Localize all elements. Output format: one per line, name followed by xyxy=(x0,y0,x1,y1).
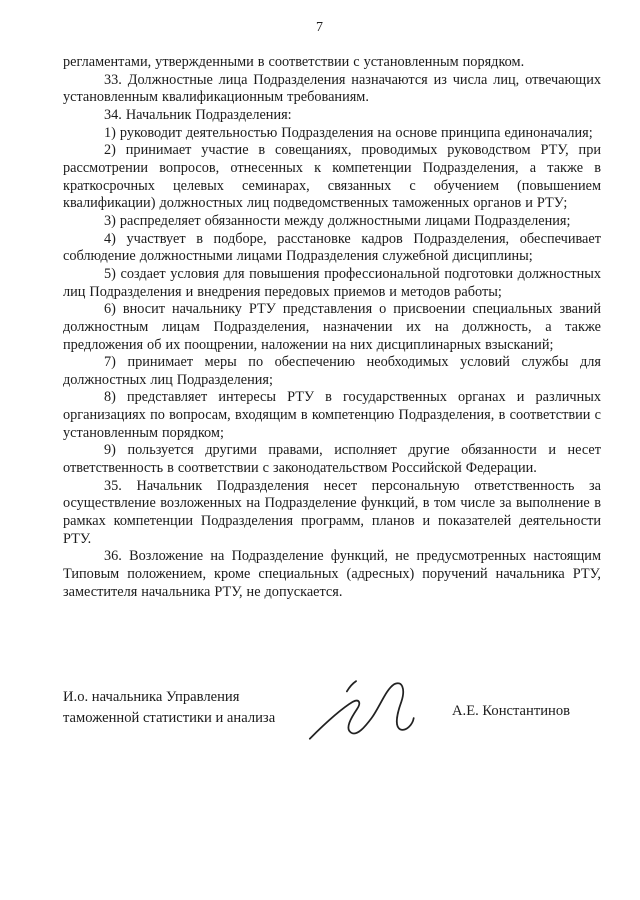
clause-34-sub-2: 2) принимает участие в совещаниях, прово… xyxy=(63,142,601,213)
signatory-role-line-1: И.о. начальника Управления xyxy=(63,687,275,708)
clause-34-sub-6: 6) вносит начальнику РТУ представления о… xyxy=(63,301,601,354)
clause-34-sub-1: 1) руководит деятельностью Подразделения… xyxy=(63,125,601,143)
clause-36: 36. Возложение на Подразделение функций,… xyxy=(63,548,601,601)
page-number: 7 xyxy=(0,20,640,36)
clause-34-sub-9: 9) пользуется другими правами, исполняет… xyxy=(63,442,601,477)
clause-33: 33. Должностные лица Подразделения назна… xyxy=(63,72,601,107)
clause-continuation: регламентами, утвержденными в соответств… xyxy=(63,54,601,72)
clause-34-sub-8: 8) представляет интересы РТУ в государст… xyxy=(63,389,601,442)
handwritten-signature-icon xyxy=(303,677,438,749)
clause-34-sub-3: 3) распределяет обязанности между должно… xyxy=(63,213,601,231)
clause-34-sub-5: 5) создает условия для повышения професс… xyxy=(63,266,601,301)
signatory-role: И.о. начальника Управления таможенной ст… xyxy=(63,687,275,729)
signatory-role-line-2: таможенной статистики и анализа xyxy=(63,708,275,729)
clause-34-sub-4: 4) участвует в подборе, расстановке кадр… xyxy=(63,231,601,266)
clause-35: 35. Начальник Подразделения несет персон… xyxy=(63,478,601,549)
document-body: регламентами, утвержденными в соответств… xyxy=(63,54,601,601)
clause-34-sub-7: 7) принимает меры по обеспечению необход… xyxy=(63,354,601,389)
page-scan: 7 регламентами, утвержденными в соответс… xyxy=(0,0,640,900)
signatory-name: А.Е. Константинов xyxy=(452,703,570,720)
clause-34: 34. Начальник Подразделения: xyxy=(63,107,601,125)
